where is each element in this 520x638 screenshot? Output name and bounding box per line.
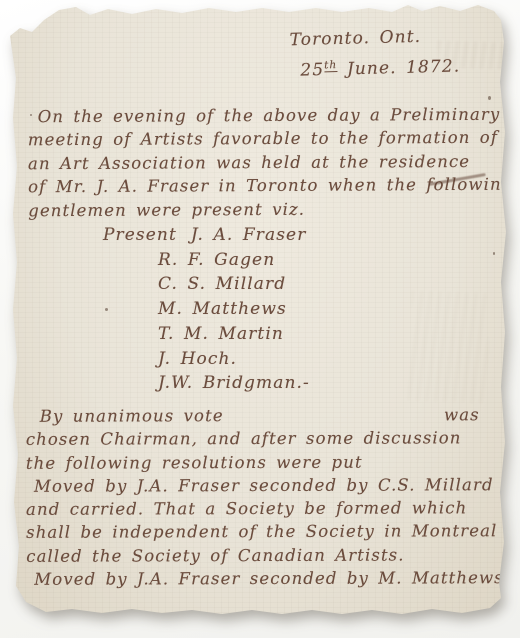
attendee-name: J. Hoch. xyxy=(158,347,310,372)
manuscript-line: Moved by J.A. Fraser seconded by M. Matt… xyxy=(26,566,494,591)
date-ordinal-suffix: th xyxy=(324,59,338,72)
manuscript-line: of Mr. J. A. Fraser in Toronto when the … xyxy=(28,173,496,199)
minutes-paragraph: By unanimous votewas chosen Chairman, an… xyxy=(26,403,495,591)
attendee-name: R. F. Gagen xyxy=(158,248,310,273)
dateline: Toronto. Ont. 25th June. 1872. xyxy=(289,24,460,83)
manuscript-line: an Art Association was held at the resid… xyxy=(28,150,496,176)
paper-sheet: Toronto. Ont. 25th June. 1872. On the ev… xyxy=(4,2,514,624)
manuscript-line: the following resolutions were put xyxy=(26,450,494,475)
manuscript-page: Toronto. Ont. 25th June. 1872. On the ev… xyxy=(4,2,514,624)
date-day: 25 xyxy=(300,60,324,81)
manuscript-line: chosen Chairman, and after some discussi… xyxy=(26,426,494,451)
place-line: Toronto. Ont. xyxy=(289,24,459,52)
date-line: 25th June. 1872. xyxy=(300,50,461,83)
manuscript-line: On the evening of the above day a Prelim… xyxy=(28,103,496,129)
attendee-row: PresentJ. A. Fraser xyxy=(103,223,310,248)
present-label: Present xyxy=(103,225,177,245)
photo-background: Toronto. Ont. 25th June. 1872. On the ev… xyxy=(0,0,520,638)
manuscript-line: Moved by J.A. Fraser seconded by C.S. Mi… xyxy=(26,473,494,498)
ink-speck xyxy=(493,252,495,255)
ink-speck xyxy=(30,114,32,116)
ink-speck xyxy=(105,308,108,311)
ink-speck xyxy=(488,96,491,100)
attendee-name: T. M. Martin xyxy=(158,322,310,347)
manuscript-line: shall be independent of the Society in M… xyxy=(26,520,494,545)
attendee-name: J. A. Fraser xyxy=(191,225,307,245)
manuscript-line: By unanimous votewas xyxy=(26,403,494,428)
manuscript-line: and carried. That a Society be formed wh… xyxy=(26,496,494,521)
vote-line-left: By unanimous vote xyxy=(40,404,224,428)
manuscript-line: called the Society of Canadian Artists. xyxy=(26,543,494,568)
attendee-list: PresentJ. A. Fraser R. F. Gagen C. S. Mi… xyxy=(103,223,310,396)
opening-paragraph: On the evening of the above day a Prelim… xyxy=(28,103,497,222)
manuscript-line: meeting of Artists favorable to the form… xyxy=(28,126,496,152)
attendee-name: J.W. Bridgman.- xyxy=(158,371,310,396)
ink-bleedthrough xyxy=(438,41,507,69)
vote-line-right: was xyxy=(444,403,480,426)
attendee-name: C. S. Millard xyxy=(158,272,310,297)
ink-bleedthrough xyxy=(408,291,490,404)
attendee-name: M. Matthews xyxy=(158,297,310,322)
manuscript-line: gentlemen were present viz. xyxy=(28,196,496,222)
